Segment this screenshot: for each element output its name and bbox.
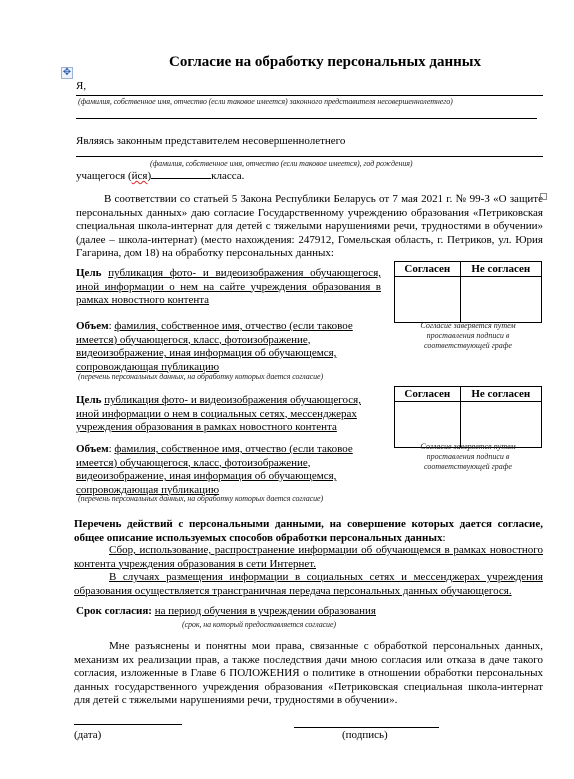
section-2-volume-text: фамилия, собственное имя, отчество (если… bbox=[76, 443, 353, 496]
section-1-agree-signature-cell[interactable] bbox=[395, 277, 461, 323]
student-prefix: учащегося ( bbox=[76, 170, 132, 182]
section-1-goal-text: публикация фото- и видеоизображения обуч… bbox=[76, 267, 381, 306]
section-1-volume-hint: (перечень персональных данных, на обрабо… bbox=[78, 372, 323, 381]
actions-item-2: В случаях размещения информации в социал… bbox=[74, 571, 543, 598]
representative-name-field[interactable] bbox=[76, 95, 543, 96]
date-field[interactable] bbox=[74, 724, 182, 725]
section-1-volume-text: фамилия, собственное имя, отчество (если… bbox=[76, 320, 353, 373]
actions-item-2-text: В случаях размещения информации в социал… bbox=[74, 571, 543, 597]
term-label: Срок согласия: bbox=[76, 605, 152, 617]
section-1-goal-label: Цель bbox=[76, 267, 101, 279]
section-1-volume-label: Объем bbox=[76, 320, 109, 332]
section-2-agree-signature-cell[interactable] bbox=[395, 402, 461, 448]
section-1-table-caption: Согласие заверяется путем проставления п… bbox=[400, 321, 536, 351]
section-2-table-caption: Согласие заверяется путем проставления п… bbox=[400, 442, 536, 472]
rights-paragraph: Мне разъяснены и понятны мои права, связ… bbox=[74, 640, 543, 708]
class-field[interactable] bbox=[151, 169, 211, 179]
section-1-goal: Цель публикация фото- и видеоизображения… bbox=[76, 267, 381, 308]
representative-statement: Являясь законным представителем несоверш… bbox=[76, 135, 345, 147]
section-2-disagree-signature-cell[interactable] bbox=[460, 402, 541, 448]
section-2-goal-label: Цель bbox=[76, 394, 101, 406]
actions-item-1: Сбор, использование, распространение инф… bbox=[74, 544, 543, 571]
representative-name-line-2[interactable] bbox=[76, 118, 537, 119]
section-2-volume-label: Объем bbox=[76, 443, 109, 455]
section-1-consent-table: Согласен Не согласен bbox=[394, 261, 542, 323]
representative-name-hint: (фамилия, собственное имя, отчество (есл… bbox=[78, 97, 453, 106]
student-class-line: учащегося (йся)класса. bbox=[76, 169, 244, 182]
section-2-volume: Объем: фамилия, собственное имя, отчеств… bbox=[76, 443, 366, 497]
section-1-disagree-signature-cell[interactable] bbox=[460, 277, 541, 323]
actions-colon: : bbox=[442, 532, 445, 544]
section-2-agree-header: Согласен bbox=[395, 387, 461, 402]
section-2-consent-table: Согласен Не согласен bbox=[394, 386, 542, 448]
ya-label: Я, bbox=[76, 80, 86, 92]
signature-label: (подпись) bbox=[342, 729, 388, 741]
section-1-agree-header: Согласен bbox=[395, 262, 461, 277]
section-1-disagree-header: Не согласен bbox=[460, 262, 541, 277]
class-label: класса. bbox=[211, 170, 244, 182]
paragraph-mark-icon bbox=[540, 193, 547, 200]
signature-field[interactable] bbox=[294, 727, 439, 728]
section-2-goal-text: публикация фото- и видеоизображения обуч… bbox=[76, 394, 361, 433]
student-name-field[interactable] bbox=[76, 156, 543, 157]
student-name-hint: (фамилия, собственное имя, отчество (есл… bbox=[150, 159, 412, 168]
actions-item-1-text: Сбор, использование, распространение инф… bbox=[74, 544, 543, 570]
table-move-handle-icon[interactable]: ✥ bbox=[61, 67, 73, 79]
student-suffix: йся bbox=[132, 170, 148, 182]
term-line: Срок согласия: на период обучения в учре… bbox=[76, 605, 376, 617]
section-1-volume: Объем: фамилия, собственное имя, отчеств… bbox=[76, 320, 366, 374]
document-title: Согласие на обработку персональных данны… bbox=[0, 54, 574, 71]
date-label: (дата) bbox=[74, 729, 101, 741]
actions-heading-text: Перечень действий с персональными данным… bbox=[74, 518, 543, 544]
section-2-disagree-header: Не согласен bbox=[460, 387, 541, 402]
term-value: на период обучения в учреждении образова… bbox=[155, 605, 376, 617]
actions-heading: Перечень действий с персональными данным… bbox=[74, 518, 543, 545]
section-2-goal: Цель публикация фото- и видеоизображения… bbox=[76, 394, 376, 435]
term-hint: (срок, на который предоставляется соглас… bbox=[182, 620, 336, 629]
intro-paragraph: В соответствии со статьей 5 Закона Респу… bbox=[76, 193, 543, 261]
section-2-volume-hint: (перечень персональных данных, на обрабо… bbox=[78, 494, 323, 503]
